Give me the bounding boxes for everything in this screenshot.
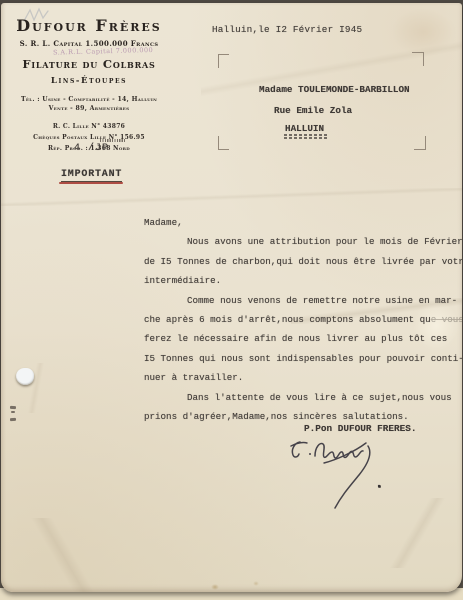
business-line: Filature du Colbras [7, 59, 171, 71]
ink-dot [378, 485, 381, 488]
body-line: de I5 Tonnes de charbon,qui doit nous êt… [144, 252, 462, 271]
ink-mark [10, 418, 16, 421]
letterhead: Dufour Frères S. R. L. Capital 1.500.000… [7, 18, 171, 154]
letter-page: Dufour Frères S. R. L. Capital 1.500.000… [1, 3, 462, 592]
body-line: Comme nous venons de remettre notre usin… [144, 291, 462, 310]
handwritten-signature [269, 431, 389, 521]
postal-account-line: Chèques Postaux Lille N° 156.95 [7, 132, 171, 143]
body-line: Dans l'attente de vous lire à ce sujet,n… [144, 388, 462, 407]
products-line: Lins-Étoupes [7, 77, 171, 86]
address-corner-mark-bottom-right [414, 136, 426, 150]
body-line: Nous avons une attribution pour le mois … [144, 232, 462, 251]
body-line: intermédiaire. [144, 271, 462, 290]
body-line: ferez le nécessaire afin de nous livrer … [144, 329, 462, 348]
punch-hole [16, 368, 34, 385]
body-line: I5 Tonnes qui nous sont indispensables p… [144, 349, 462, 368]
paper-crease [1, 188, 462, 206]
red-underline [59, 182, 123, 184]
letterhead-divider [100, 139, 125, 142]
body-line: che après 6 mois d'arrêt,nous comptons a… [144, 310, 462, 329]
address-corner-mark-bottom-left [218, 136, 229, 150]
company-name: Dufour Frères [7, 18, 171, 34]
body-lines: Madame,Nous avons une attribution pour l… [144, 213, 462, 426]
sales-line: Vente - 89, Armentières [7, 104, 171, 113]
recipient-address: Madame TOULEMONDE-BARBILLON Rue Emile Zo… [259, 85, 410, 133]
important-label: IMPORTANT [61, 169, 122, 182]
ink-mark [10, 406, 16, 409]
recipient-city: HALLUIN [285, 124, 410, 133]
paper-stain [253, 581, 259, 586]
recipient-name: Madame TOULEMONDE-BARBILLON [259, 85, 410, 94]
registry-line: R. C. Lille N° 43876 [7, 121, 171, 132]
paper-stain [391, 8, 456, 56]
ink-mark [11, 411, 15, 413]
body-line: Madame, [144, 213, 462, 232]
scanned-letter: Dufour Frères S. R. L. Capital 1.500.000… [0, 0, 463, 600]
paper-crease [1, 518, 131, 592]
recipient-street: Rue Emile Zola [274, 106, 410, 115]
city-underline [284, 134, 329, 136]
faded-text: e vous [431, 314, 462, 325]
body-line: nuer à travailler. [144, 368, 462, 387]
city-underline [284, 137, 329, 139]
address-corner-mark-top-left [218, 54, 229, 68]
phone-line: Tél. : Usine - Comptabilité - 14, Hallui… [7, 95, 171, 104]
paper-stain [211, 584, 219, 590]
address-corner-mark-top-right [412, 52, 424, 66]
date-line: Halluin,le I2 Février I945 [212, 24, 362, 35]
reference-number: 4 /JP [74, 143, 109, 154]
